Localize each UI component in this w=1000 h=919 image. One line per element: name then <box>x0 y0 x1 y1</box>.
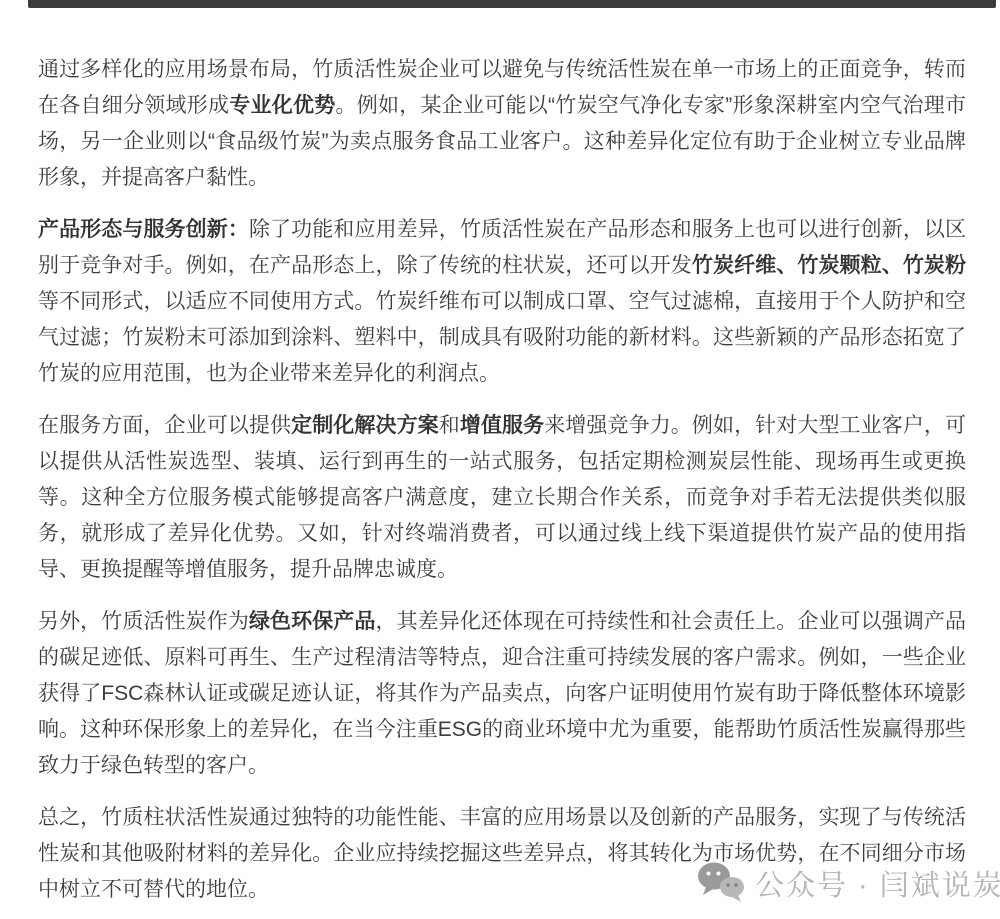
text-segment: ，其差异化还体现在可持续性和社会责任上。企业可以强调产品的碳足迹低、原料可再生、… <box>38 610 966 777</box>
bold-text-segment: 竹炭纤维、竹炭颗粒、竹炭粉 <box>692 254 966 277</box>
text-segment: 和 <box>439 414 460 437</box>
watermark-text: 公众号 · 闫斌说炭 <box>755 863 1000 904</box>
text-segment: 在服务方面，企业可以提供 <box>38 414 291 437</box>
bold-text-segment: 增值服务 <box>460 414 544 437</box>
text-segment: 等不同形式，以适应不同使用方式。竹炭纤维布可以制成口罩、空气过滤棉，直接用于个人… <box>38 290 966 385</box>
paragraph-4: 另外，竹质活性炭作为绿色环保产品，其差异化还体现在可持续性和社会责任上。企业可以… <box>38 604 966 784</box>
top-divider-bar <box>28 0 996 8</box>
bold-text-segment: 专业化优势 <box>229 94 335 117</box>
bold-text-segment: 产品形态与服务创新： <box>38 218 249 241</box>
wechat-icon <box>697 860 745 906</box>
bold-text-segment: 定制化解决方案 <box>291 414 439 437</box>
bold-text-segment: 绿色环保产品 <box>249 610 376 633</box>
text-segment: 另外，竹质活性炭作为 <box>38 610 249 633</box>
paragraph-1: 通过多样化的应用场景布局，竹质活性炭企业可以避免与传统活性炭在单一市场上的正面竞… <box>38 52 966 196</box>
text-segment: 来增强竞争力。例如，针对大型工业客户，可以提供从活性炭选型、装填、运行到再生的一… <box>38 414 966 581</box>
paragraph-3: 在服务方面，企业可以提供定制化解决方案和增值服务来增强竞争力。例如，针对大型工业… <box>38 408 966 588</box>
article-body: 通过多样化的应用场景布局，竹质活性炭企业可以避免与传统活性炭在单一市场上的正面竞… <box>38 52 966 919</box>
article-page: 通过多样化的应用场景布局，竹质活性炭企业可以避免与传统活性炭在单一市场上的正面竞… <box>0 0 1000 919</box>
paragraph-2: 产品形态与服务创新：除了功能和应用差异，竹质活性炭在产品形态和服务上也可以进行创… <box>38 212 966 392</box>
watermark: 公众号 · 闫斌说炭 <box>697 860 1000 906</box>
